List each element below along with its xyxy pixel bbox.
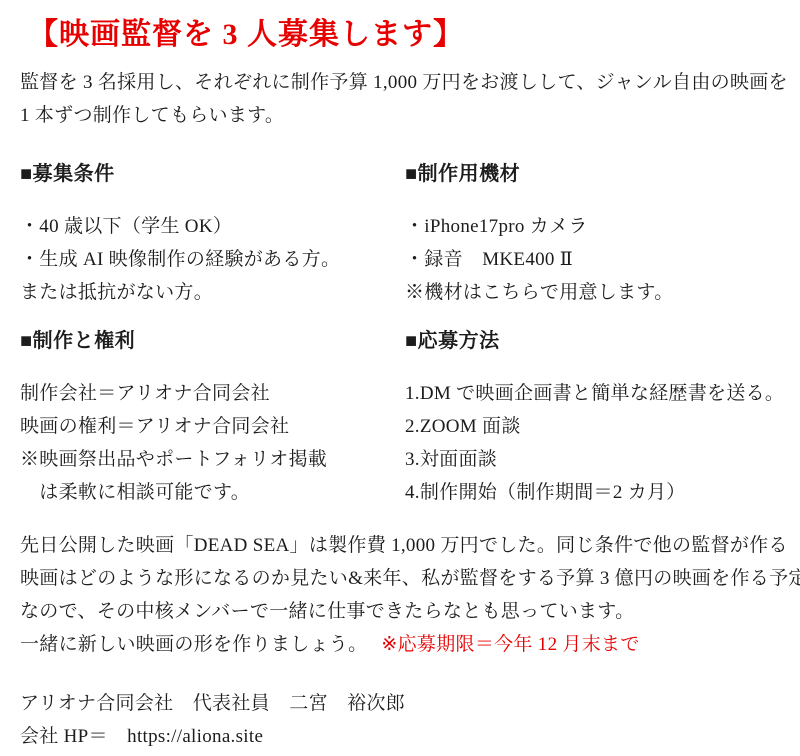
closing-text: 一緒に新しい映画の形を作りましょう。	[20, 634, 367, 655]
recruit-condition-item: または抵抗がない方。	[20, 276, 405, 309]
recruit-conditions-heading: ■募集条件	[20, 158, 405, 191]
company-website-line: 会社 HP＝ https://aliona.site	[20, 720, 780, 753]
intro-line-1: 監督を 3 名採用し、それぞれに制作予算 1,000 万円をお渡しして、ジャンル…	[20, 66, 780, 99]
outro-paragraph: 先日公開した映画「DEAD SEA」は製作費 1,000 万円でした。同じ条件で…	[20, 529, 780, 661]
outro-line-4: 一緒に新しい映画の形を作りましょう。※応募期限＝今年 12 月末まで	[20, 628, 780, 661]
equipment-heading: ■制作用機材	[405, 158, 784, 191]
recruit-condition-item: ・生成 AI 映像制作の経験がある方。	[20, 243, 405, 276]
section-recruit-conditions: ■募集条件 ・40 歳以下（学生 OK） ・生成 AI 映像制作の経験がある方。…	[20, 158, 405, 309]
section-how-to-apply: ■応募方法 1.DM で映画企画書と簡単な経歴書を送る。 2.ZOOM 面談 3…	[405, 325, 784, 509]
sections-grid: ■募集条件 ・40 歳以下（学生 OK） ・生成 AI 映像制作の経験がある方。…	[20, 158, 780, 509]
company-footer: アリオナ合同会社 代表社員 二宮 裕次郎 会社 HP＝ https://alio…	[20, 687, 780, 753]
page-title: 【映画監督を 3 人募集します】	[28, 14, 780, 56]
apply-step: 2.ZOOM 面談	[405, 410, 784, 443]
rights-item: ※映画祭出品やポートフォリオ掲載	[20, 443, 405, 476]
section-production-rights: ■制作と権利 制作会社＝アリオナ合同会社 映画の権利＝アリオナ合同会社 ※映画祭…	[20, 325, 405, 509]
how-to-apply-heading: ■応募方法	[405, 325, 784, 358]
equipment-item: ・iPhone17pro カメラ	[405, 210, 784, 243]
company-name-line: アリオナ合同会社 代表社員 二宮 裕次郎	[20, 687, 780, 720]
outro-line-2: 映画はどのような形になるのか見たい&来年、私が監督をする予算 3 億円の映画を作…	[20, 562, 780, 595]
section-equipment: ■制作用機材 ・iPhone17pro カメラ ・録音 MKE400 Ⅱ ※機材…	[405, 158, 784, 309]
rights-item: は柔軟に相談可能です。	[20, 476, 405, 509]
apply-step: 1.DM で映画企画書と簡単な経歴書を送る。	[405, 377, 784, 410]
outro-line-1: 先日公開した映画「DEAD SEA」は製作費 1,000 万円でした。同じ条件で…	[20, 529, 780, 562]
rights-item: 映画の権利＝アリオナ合同会社	[20, 410, 405, 443]
intro-line-2: 1 本ずつ制作してもらいます。	[20, 99, 780, 132]
apply-step: 4.制作開始（制作期間＝2 カ月）	[405, 476, 784, 509]
application-deadline-text: ※応募期限＝今年 12 月末まで	[381, 634, 639, 655]
equipment-item: ※機材はこちらで用意します。	[405, 276, 784, 309]
production-rights-heading: ■制作と権利	[20, 325, 405, 358]
recruit-condition-item: ・40 歳以下（学生 OK）	[20, 210, 405, 243]
intro-paragraph: 監督を 3 名採用し、それぞれに制作予算 1,000 万円をお渡しして、ジャンル…	[20, 66, 780, 132]
apply-step: 3.対面面談	[405, 443, 784, 476]
outro-line-3: なので、その中核メンバーで一緒に仕事できたらなとも思っています。	[20, 595, 780, 628]
equipment-item: ・録音 MKE400 Ⅱ	[405, 243, 784, 276]
rights-item: 制作会社＝アリオナ合同会社	[20, 377, 405, 410]
document-page: 【映画監督を 3 人募集します】 監督を 3 名採用し、それぞれに制作予算 1,…	[0, 0, 800, 753]
